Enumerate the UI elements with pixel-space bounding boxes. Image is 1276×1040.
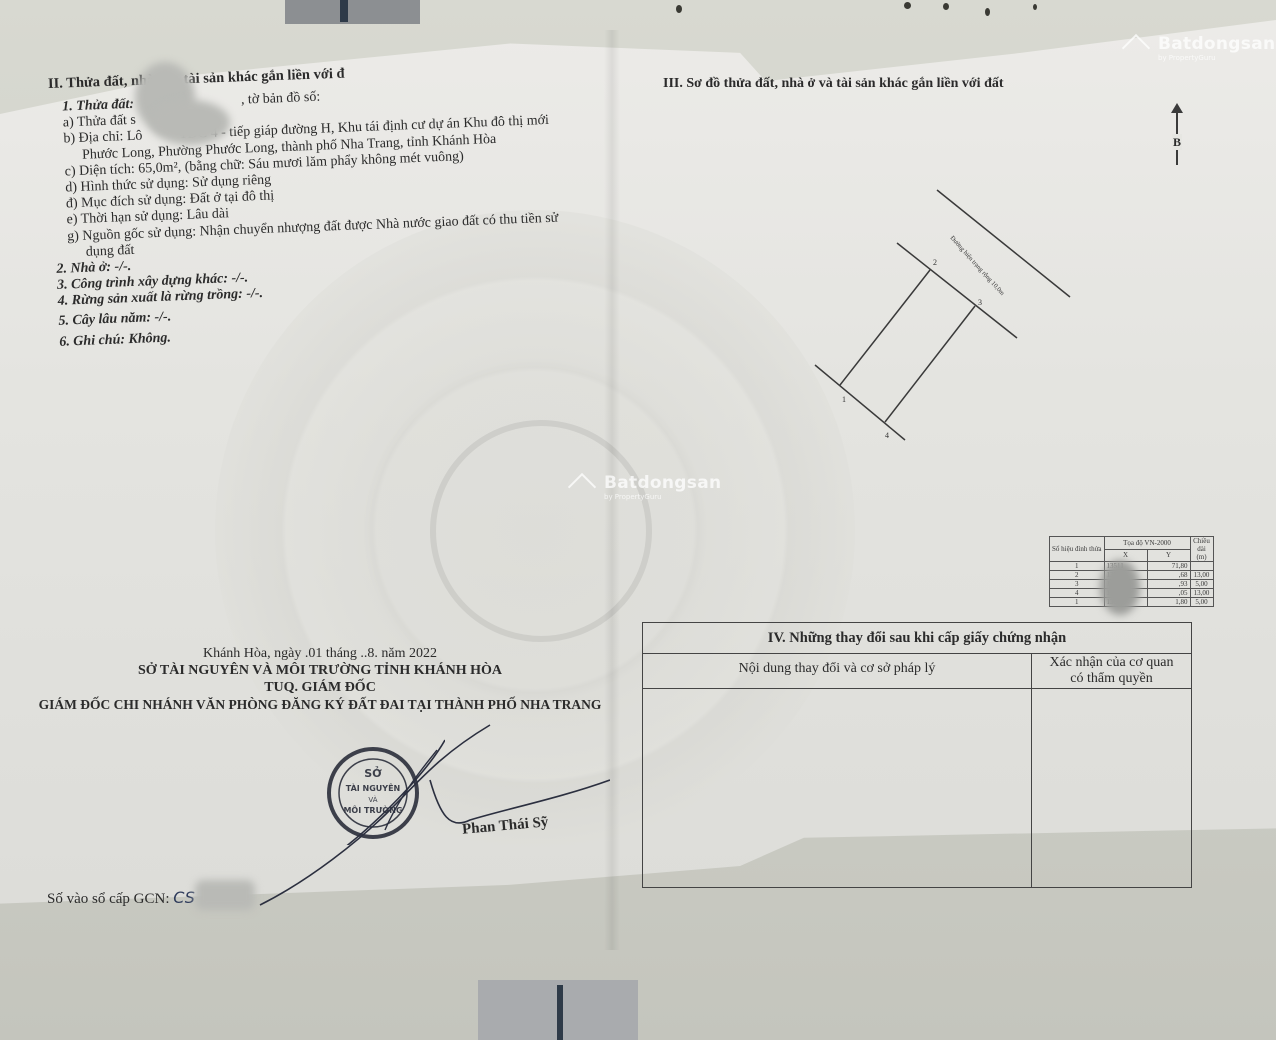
signing-agency: SỞ TÀI NGUYÊN VÀ MÔI TRƯỜNG TỈNH KHÁNH H… bbox=[30, 662, 610, 679]
cell-y: 71,80 bbox=[1147, 562, 1190, 571]
signing-title: GIÁM ĐỐC CHI NHÁNH VĂN PHÒNG ĐĂNG KÝ ĐẤT… bbox=[30, 696, 610, 713]
cell-vertex: 1 bbox=[1050, 598, 1105, 607]
cell-y: ,68 bbox=[1147, 571, 1190, 580]
stain bbox=[943, 3, 949, 10]
signing-on-behalf: TUQ. GIÁM ĐỐC bbox=[30, 679, 610, 696]
stain bbox=[904, 2, 911, 9]
watermark-sub: by PropertyGuru bbox=[1158, 54, 1275, 62]
privacy-blur bbox=[150, 100, 230, 145]
vertex-1: 1 bbox=[842, 395, 846, 404]
privacy-blur bbox=[1100, 560, 1140, 615]
signature-icon bbox=[250, 720, 610, 910]
changes-content-cell bbox=[643, 689, 1032, 887]
vertex-4: 4 bbox=[885, 431, 889, 440]
changes-table: IV. Những thay đổi sau khi cấp giấy chứn… bbox=[642, 622, 1192, 888]
cell-vertex: 2 bbox=[1050, 571, 1105, 580]
parcel-sketch: 1 2 3 4 Đường hiện trạng rộng 10,0m bbox=[800, 180, 1090, 450]
cell-vertex: 3 bbox=[1050, 580, 1105, 589]
signing-block: Khánh Hòa, ngày .01 tháng ..8. năm 2022 … bbox=[30, 645, 610, 713]
background-rail bbox=[285, 0, 420, 24]
watermark-name: Batdongsan bbox=[604, 473, 721, 493]
cell-y: 1,80 bbox=[1147, 598, 1190, 607]
gcn-number: Số vào sổ cấp GCN: CS bbox=[47, 890, 195, 907]
cell-length: 5,00 bbox=[1190, 598, 1213, 607]
stain bbox=[1033, 4, 1037, 10]
cell-y: ,05 bbox=[1147, 589, 1190, 598]
cell-length: 13,00 bbox=[1190, 571, 1213, 580]
changes-confirm-cell bbox=[1032, 689, 1191, 887]
changes-col-confirm: Xác nhận của cơ quan có thẩm quyền bbox=[1032, 654, 1191, 688]
changes-title: IV. Những thay đổi sau khi cấp giấy chứn… bbox=[643, 623, 1191, 654]
watermark-top-right: Batdongsan by PropertyGuru bbox=[1124, 34, 1275, 62]
cell-vertex: 1 bbox=[1050, 562, 1105, 571]
vertex-3: 3 bbox=[978, 298, 982, 307]
cell-vertex: 4 bbox=[1050, 589, 1105, 598]
changes-col-confirm-line1: Xác nhận của cơ quan bbox=[1032, 655, 1191, 671]
cell-length bbox=[1190, 562, 1213, 571]
changes-col-content: Nội dung thay đổi và cơ sở pháp lý bbox=[643, 654, 1032, 688]
cell-y: ,93 bbox=[1147, 580, 1190, 589]
cell-length: 5,00 bbox=[1190, 580, 1213, 589]
changes-col-confirm-line2: có thẩm quyền bbox=[1032, 671, 1191, 687]
th-vertex: Số hiệu đỉnh thửa bbox=[1050, 537, 1105, 562]
north-label: B bbox=[1172, 134, 1182, 150]
watermark-center: Batdongsan by PropertyGuru bbox=[570, 473, 721, 501]
watermark-sub: by PropertyGuru bbox=[604, 493, 721, 501]
cell-length: 13,00 bbox=[1190, 589, 1213, 598]
privacy-blur bbox=[195, 880, 255, 910]
section-3-title: III. Sơ đồ thửa đất, nhà ở và tài sản kh… bbox=[663, 76, 1004, 92]
road-label: Đường hiện trạng rộng 10,0m bbox=[949, 235, 1006, 297]
th-coords: Tọa độ VN-2000 bbox=[1104, 537, 1190, 550]
background-rail-dark bbox=[340, 0, 348, 22]
stain bbox=[985, 8, 990, 16]
th-y: Y bbox=[1147, 549, 1190, 562]
background-rail-bottom-dark bbox=[557, 985, 563, 1040]
watermark-name: Batdongsan bbox=[1158, 34, 1275, 54]
th-length: Chiều dài (m) bbox=[1190, 537, 1213, 562]
th-x: X bbox=[1104, 549, 1147, 562]
stain bbox=[676, 5, 682, 13]
signing-date: Khánh Hòa, ngày .01 tháng ..8. năm 2022 bbox=[30, 645, 610, 662]
vertex-2: 2 bbox=[933, 258, 937, 267]
parcel-details: 1. Thửa đất: , tờ bản đồ số: a) Thửa đất… bbox=[50, 81, 563, 351]
